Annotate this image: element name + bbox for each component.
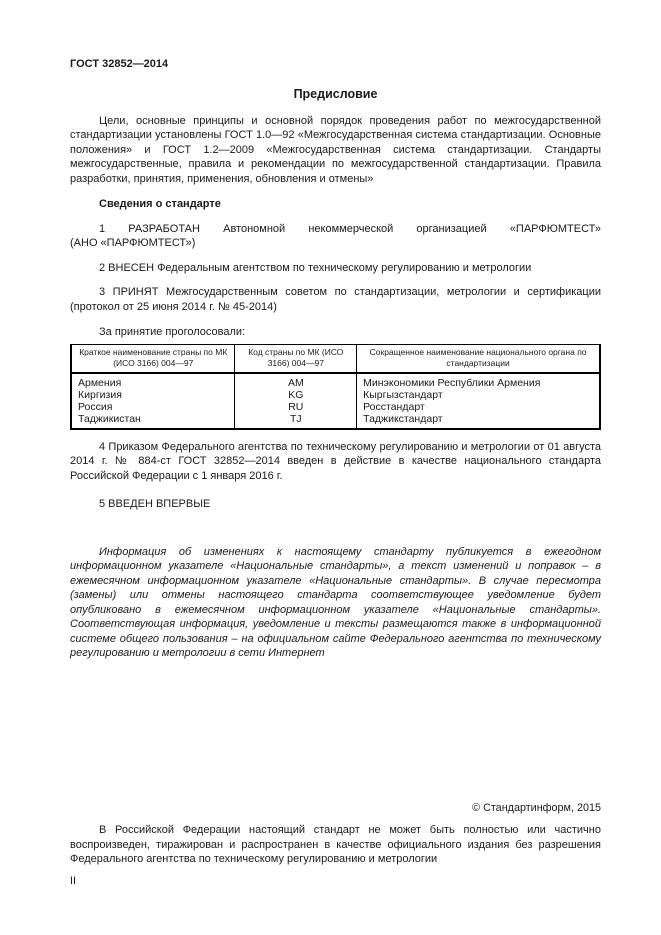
cell-org: Таджикстандарт	[357, 413, 600, 429]
vote-table-header-country: Краткое наименование страны по МК (ИСО 3…	[71, 344, 235, 373]
document-page: ГОСТ 32852—2014 Предисловие Цели, основн…	[0, 0, 661, 935]
doc-code: ГОСТ 32852—2014	[70, 57, 601, 72]
cell-country: Россия	[71, 401, 235, 413]
cell-country: Армения	[71, 373, 235, 389]
vote-table-header-org: Сокращенное наименование национального о…	[357, 344, 600, 373]
preface-item-1-line-1: 1 РАЗРАБОТАН Автономной некоммерческой о…	[70, 222, 601, 237]
vote-table-caption: За принятие проголосовали:	[70, 325, 601, 340]
cell-org: Кыргызстандарт	[357, 389, 600, 401]
reproduction-restriction: В Российской Федерации настоящий стандар…	[70, 823, 601, 867]
cell-code: TJ	[235, 413, 357, 429]
table-row: Россия RU Росстандарт	[71, 401, 600, 413]
preface-item-4: 4 Приказом Федерального агентства по тех…	[70, 440, 601, 484]
cell-code: RU	[235, 401, 357, 413]
cell-org: Росстандарт	[357, 401, 600, 413]
table-row: Таджикистан TJ Таджикстандарт	[71, 413, 600, 429]
preface-item-1: 1 РАЗРАБОТАН Автономной некоммерческой о…	[70, 222, 601, 251]
page-title: Предисловие	[70, 87, 601, 102]
cell-org: Минэкономики Республики Армения	[357, 373, 600, 389]
preface-item-5: 5 ВВЕДЕН ВПЕРВЫЕ	[70, 497, 601, 512]
changes-info-note: Информация об изменениях к настоящему ст…	[70, 545, 601, 661]
cell-code: KG	[235, 389, 357, 401]
table-row: Армения AM Минэкономики Республики Армен…	[71, 373, 600, 389]
section-heading-standard-info: Сведения о стандарте	[70, 197, 601, 212]
cell-code: AM	[235, 373, 357, 389]
vote-table: Краткое наименование страны по МК (ИСО 3…	[70, 344, 601, 430]
cell-country: Киргизия	[71, 389, 235, 401]
preface-item-2: 2 ВНЕСЕН Федеральным агентством по техни…	[70, 261, 601, 276]
preface-item-3-line-1: 3 ПРИНЯТ Межгосударственным советом по с…	[70, 285, 601, 300]
vote-table-header-row: Краткое наименование страны по МК (ИСО 3…	[71, 344, 600, 373]
table-row: Киргизия KG Кыргызстандарт	[71, 389, 600, 401]
copyright-line: © Стандартинформ, 2015	[70, 801, 601, 816]
page-number: II	[70, 874, 601, 889]
vote-table-header-code: Код страны по МК (ИСО 3166) 004—97	[235, 344, 357, 373]
preface-item-3-line-2: (протокол от 25 июня 2014 г. № 45-2014)	[70, 300, 601, 315]
intro-paragraph: Цели, основные принципы и основной поряд…	[70, 114, 601, 187]
cell-country: Таджикистан	[71, 413, 235, 429]
preface-item-3: 3 ПРИНЯТ Межгосударственным советом по с…	[70, 285, 601, 314]
preface-item-1-line-2: (АНО «ПАРФЮМТЕСТ»)	[70, 236, 601, 251]
